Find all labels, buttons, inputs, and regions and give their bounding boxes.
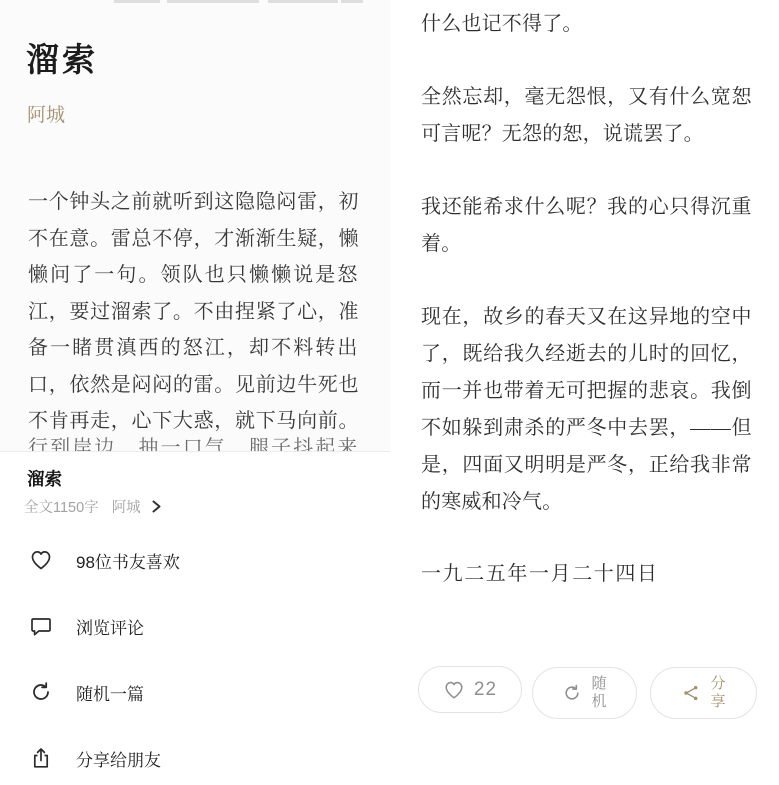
body-line: 不肯再走，心下大惑，就下马向前。 [28, 403, 364, 440]
essay-date: 一九二五年一月二十四日 [421, 557, 757, 586]
like-button[interactable]: 22 [418, 666, 522, 713]
sheet-author-link[interactable]: 阿城 [112, 496, 141, 517]
sheet-item-share[interactable]: 分享给朋友 [0, 725, 390, 785]
essay-line: 的寒威和冷气。 [421, 484, 757, 521]
essay-line: 了，既给我久经逝去的儿时的回忆， [421, 336, 757, 373]
essay-line: 什么也记不得了。 [421, 6, 757, 43]
essay-line: 现在，故乡的春天又在这异地的空中 [421, 299, 757, 336]
sheet-item-likes[interactable]: 98位书友喜欢 [0, 527, 390, 593]
sheet-item-comments[interactable]: 浏览评论 [0, 593, 390, 659]
essay-line: 我还能希求什么呢？我的心只得沉重 [421, 189, 757, 226]
random-button-label: 随 机 [591, 675, 606, 712]
random-label: 随机一篇 [76, 680, 144, 705]
sheet-item-random[interactable]: 随机一篇 [0, 659, 390, 725]
essay-line: 而一并也带着无可把握的悲哀。我倒 [421, 373, 757, 410]
sheet-article-meta[interactable]: 全文1150字 阿城 [24, 496, 163, 517]
sheet-action-list: 98位书友喜欢 浏览评论 [0, 527, 390, 785]
likes-label: 98位书友喜欢 [76, 548, 180, 573]
essay-line: 是，四面又明明是严冬，正给我非常 [421, 447, 757, 484]
word-count-label: 全文1150字 [24, 496, 99, 517]
body-line: 江，要过溜索了。不由捏紧了心，准 [28, 294, 364, 331]
share-button-label: 分 享 [710, 675, 725, 712]
random-button[interactable]: 随 机 [532, 667, 637, 719]
refresh-icon [28, 679, 54, 705]
body-line: 不在意。雷总不停，才渐渐生疑，懒 [28, 221, 364, 258]
article-author: 阿城 [27, 100, 65, 127]
paragraph: 现在，故乡的春天又在这异地的空中 了，既给我久经逝去的儿时的回忆， 而一并也带着… [421, 299, 757, 521]
clipped-body-line: 行到岸边，抽一口气，腿子抖起来 [28, 437, 373, 452]
reader-page-left: 溜索 阿城 一个钟头之前就听到这隐隐闷雷，初 不在意。雷总不停，才渐渐生疑，懒 … [0, 0, 390, 785]
reader-page-right: 什么也记不得了。 全然忘却，毫无怨恨，又有什么宽恕 可言呢？无怨的恕，说谎罢了。… [390, 0, 779, 785]
essay-line: 着。 [421, 226, 757, 263]
article-title: 溜索 [26, 34, 98, 81]
bottom-sheet: 溜索 全文1150字 阿城 98位书友喜欢 [0, 452, 390, 785]
clipped-text-remnant [0, 0, 390, 4]
sheet-article-title: 溜索 [27, 466, 62, 491]
body-line: 一个钟头之前就听到这隐隐闷雷，初 [28, 184, 364, 221]
body-line: 口，依然是闷闷的雷。见前边牛死也 [28, 367, 364, 404]
essay-line: 全然忘却，毫无怨恨，又有什么宽恕 [421, 79, 757, 116]
like-count: 22 [474, 679, 497, 701]
heart-icon [443, 679, 465, 701]
comment-icon [28, 613, 54, 639]
share-button[interactable]: 分 享 [650, 667, 757, 719]
paragraph: 全然忘却，毫无怨恨，又有什么宽恕 可言呢？无怨的恕，说谎罢了。 [421, 79, 757, 153]
share-nodes-icon [681, 683, 701, 703]
essay-line: 可言呢？无怨的恕，说谎罢了。 [421, 116, 757, 153]
body-line: 懒问了一句。领队也只懒懒说是怒 [28, 257, 364, 294]
refresh-icon [562, 683, 582, 703]
share-label: 分享给朋友 [76, 746, 161, 771]
essay-line: 不如躲到肃杀的严冬中去罢，——但 [421, 410, 757, 447]
heart-icon [28, 547, 54, 573]
essay-body: 什么也记不得了。 全然忘却，毫无怨恨，又有什么宽恕 可言呢？无怨的恕，说谎罢了。… [421, 6, 757, 586]
paragraph: 什么也记不得了。 [421, 6, 757, 43]
paragraph: 我还能希求什么呢？我的心只得沉重 着。 [421, 189, 757, 263]
reader-screenshot-pair: 溜索 阿城 一个钟头之前就听到这隐隐闷雷，初 不在意。雷总不停，才渐渐生疑，懒 … [0, 0, 779, 785]
comments-label: 浏览评论 [76, 614, 144, 639]
article-body: 一个钟头之前就听到这隐隐闷雷，初 不在意。雷总不停，才渐渐生疑，懒 懒问了一句。… [28, 184, 364, 440]
body-line: 备一睹贯滇西的怒江，却不料转出 [28, 330, 364, 367]
chevron-right-icon [150, 499, 163, 514]
share-icon [28, 745, 54, 771]
